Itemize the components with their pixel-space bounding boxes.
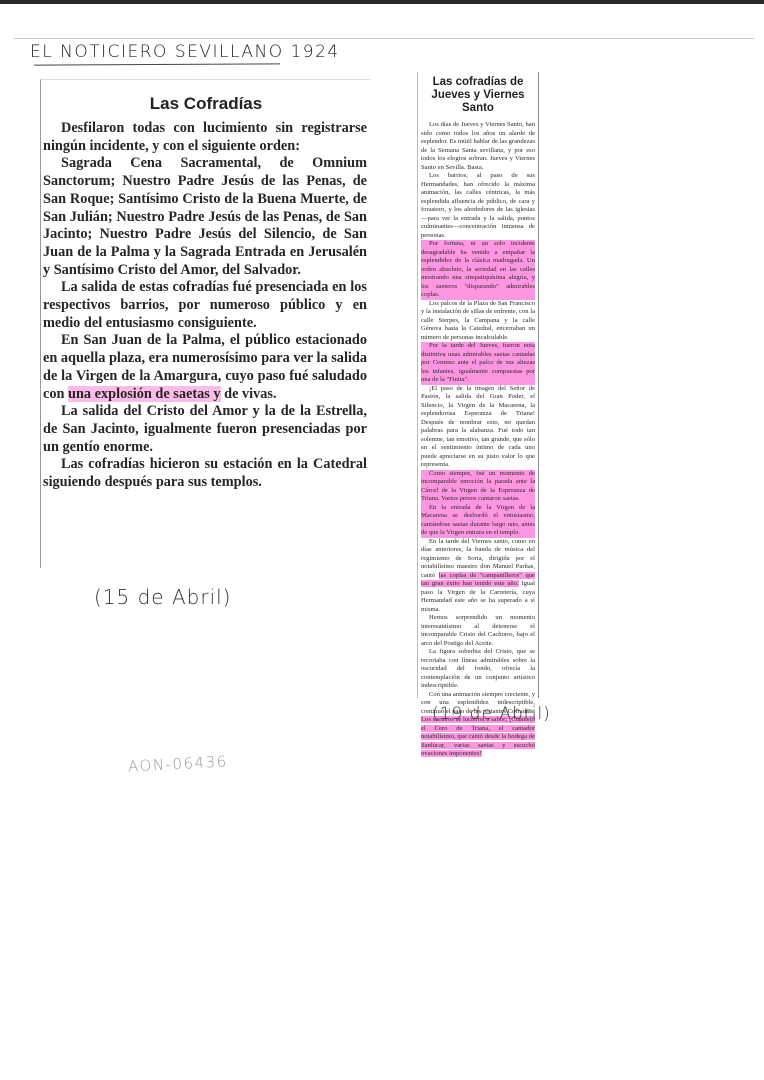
handwritten-date-left: (15 de Abril) [94, 585, 231, 609]
handwritten-date-right: (19 de Abril) [432, 704, 551, 724]
handwritten-archive-code: AON-06436 [128, 752, 228, 775]
clipping-jueves-viernes-santo: Las cofradías de Jueves y Viernes Santo … [417, 72, 539, 698]
title-underline [34, 63, 280, 65]
paragraph: En la tarde del Viernes santo, como en d… [421, 538, 535, 615]
highlighted-paragraph: Por la tarde del Jueves, fueron nota dis… [421, 342, 535, 385]
paragraph: Con una animación siempre creciente, y c… [421, 691, 535, 759]
paragraph: La salida del Cristo del Amor y la de la… [43, 403, 367, 456]
clipping-right-headline: Las cofradías de Jueves y Viernes Santo [418, 76, 538, 115]
paragraph: Los días de Jueves y Viernes Santo, han … [421, 121, 535, 172]
clipping-left-body: Desfilaron todas con lucimiento sin regi… [41, 120, 371, 492]
highlighted-paragraph: En la entrada de la Virgen de la Macaren… [421, 504, 535, 538]
paragraph: Los palcos de la Plaza de San Francisco … [421, 300, 535, 343]
paragraph: La salida de estas cofradías fué presenc… [43, 279, 367, 332]
paragraph: ¡El paso de la imagen del Señor de Pasió… [421, 385, 535, 470]
paragraph: Hemos sorprendido un momento interesantí… [421, 614, 535, 648]
paragraph: En San Juan de la Palma, el público esta… [43, 332, 367, 403]
paragraph: Desfilaron todas con lucimiento sin regi… [43, 120, 367, 155]
paragraph: Sagrada Cena Sacramental, de Omnium Sanc… [43, 155, 367, 279]
paragraph: Los barrios, al paso de sus Hermandades,… [421, 172, 535, 240]
highlighted-paragraph: Por fortuna, ni un solo incidente desagr… [421, 240, 535, 300]
clipping-left-headline: Las Cofradías [41, 94, 371, 114]
text: de vivas. [221, 386, 277, 402]
paragraph: La figura soberbia del Cristo, que se re… [421, 648, 535, 691]
scan-top-edge [0, 0, 764, 4]
handwritten-source-title: EL NOTICIERO SEVILLANO 1924 [30, 42, 340, 62]
clipping-right-body: Los días de Jueves y Viernes Santo, han … [418, 121, 538, 759]
paragraph: Las cofradías hicieron su estación en la… [43, 456, 367, 491]
clipping-las-cofradias: Las Cofradías Desfilaron todas con lucim… [40, 79, 371, 568]
page-rule [14, 38, 754, 39]
highlighted-paragraph: Como siempre, fué un momento de incompar… [421, 470, 535, 504]
highlighted-text: una explosión de saetas y [68, 386, 221, 402]
